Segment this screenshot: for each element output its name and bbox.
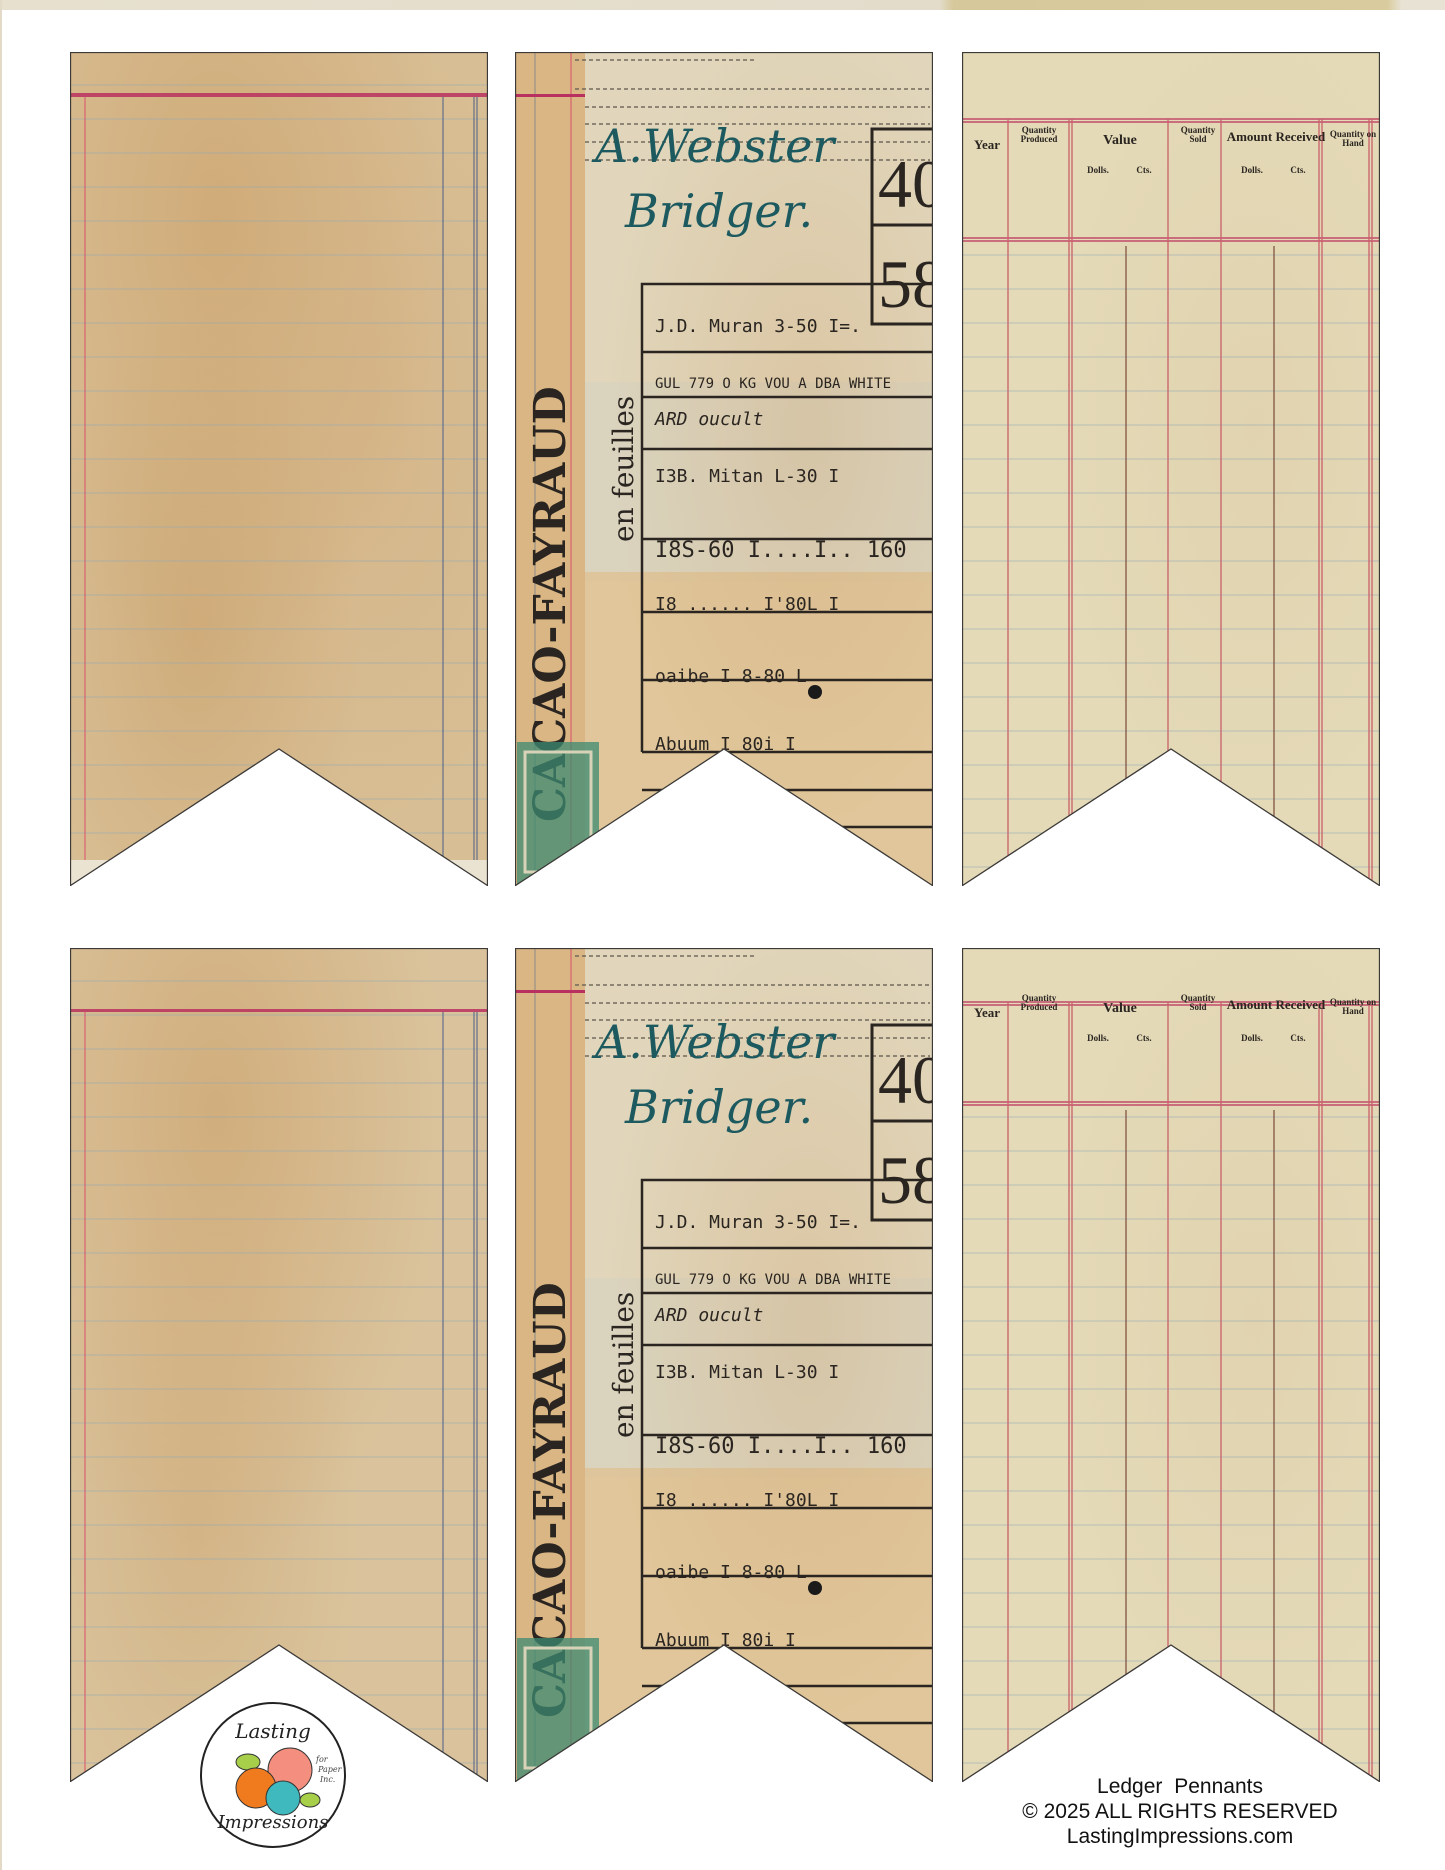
receipt-collage: 40 58 A.Webster Bridger. CACAO-FAYRAUD e… xyxy=(515,52,933,886)
page-top-border xyxy=(0,0,1445,10)
header-value-dolls: Dolls. xyxy=(1078,1034,1118,1043)
header-amount-cts: Cts. xyxy=(1280,166,1316,175)
receipt-row: I8S-60 I....I.. 160 xyxy=(655,538,907,563)
pennant-cacao-receipt: 40 58 A.Webster Bridger. CACAO-FAYRAUD e… xyxy=(515,52,933,886)
signature-line-1: A.Webster xyxy=(591,119,837,173)
pennant-production-ledger: Year Quantity Produced Value Quantity So… xyxy=(962,948,1380,1782)
header-amount-dolls: Dolls. xyxy=(1232,1034,1272,1043)
receipt-row: Abuum I 80i I xyxy=(655,734,796,755)
pennant-production-ledger: Year Quantity Produced Value Quantity So… xyxy=(962,52,1380,886)
columnar-ledger-paper xyxy=(962,948,1380,1782)
header-value-cts: Cts. xyxy=(1126,1034,1162,1043)
receipt-collage: 40 58 A.Webster Bridger. CACAO-FAYRAUD e… xyxy=(515,948,933,1782)
en-feuilles-text: en feuilles xyxy=(607,396,640,542)
receipt-row: J.D. Muran 3-50 I=. xyxy=(655,1212,861,1233)
receipt-row: J.D. Muran 3-50 I=. xyxy=(655,316,861,337)
header-value: Value xyxy=(1068,134,1172,149)
signature-line-2: Bridger. xyxy=(624,184,813,238)
receipt-row: GUL 779 O KG VOU A DBA WHITE xyxy=(655,376,891,392)
box-number-top: 40 xyxy=(878,146,933,222)
header-quantity-on-hand: Quantity on Hand xyxy=(1328,998,1378,1017)
header-quantity-produced: Quantity Produced xyxy=(1010,126,1068,145)
document-footer: Ledger Pennants © 2025 ALL RIGHTS RESERV… xyxy=(990,1774,1370,1849)
ledger-header: Year Quantity Produced Value Quantity So… xyxy=(962,100,1380,200)
svg-text:Impressions: Impressions xyxy=(217,1812,329,1833)
receipt-row: I3B. Mitan L-30 I xyxy=(655,466,839,487)
receipt-row: I8S-60 I....I.. 160 xyxy=(655,1434,907,1459)
header-value-cts: Cts. xyxy=(1126,166,1162,175)
svg-text:Inc.: Inc. xyxy=(319,1775,335,1784)
signature-line-1: A.Webster xyxy=(591,1015,837,1069)
en-feuilles-text: en feuilles xyxy=(607,1292,640,1438)
receipt-row: Abuum I 80i I xyxy=(655,1630,796,1651)
header-value: Value xyxy=(1068,1002,1172,1017)
receipt-row: oaibe I 8-80 L xyxy=(655,1562,807,1583)
header-year: Year xyxy=(964,138,1010,152)
plain-ledger-paper xyxy=(70,948,488,1782)
header-amount-dolls: Dolls. xyxy=(1232,166,1272,175)
header-amount-cts: Cts. xyxy=(1280,1034,1316,1043)
pennant-plain-ledger xyxy=(70,948,488,1782)
receipt-row: ARD oucult xyxy=(654,409,763,430)
header-amount-received: Amount Received xyxy=(1224,130,1328,144)
svg-text:for: for xyxy=(315,1755,329,1764)
plain-ledger-paper xyxy=(70,52,488,886)
lasting-impressions-logo: Lasting Impressions for Paper Inc. xyxy=(198,1700,348,1850)
pennant-plain-ledger xyxy=(70,52,488,886)
header-quantity-produced: Quantity Produced xyxy=(1010,994,1068,1013)
receipt-row: GUL 779 O KG VOU A DBA WHITE xyxy=(655,1272,891,1288)
header-quantity-sold: Quantity Sold xyxy=(1172,126,1224,145)
copyright-notice: © 2025 ALL RIGHTS RESERVED xyxy=(990,1799,1370,1824)
header-quantity-sold: Quantity Sold xyxy=(1172,994,1224,1013)
pennant-cacao-receipt: 40 58 A.Webster Bridger. CACAO-FAYRAUD e… xyxy=(515,948,933,1782)
receipt-row: I3B. Mitan L-30 I xyxy=(655,1362,839,1383)
receipt-row: I8 ...... I'80L I xyxy=(655,1490,839,1511)
flower-cluster-logo-icon: Lasting Impressions for Paper Inc. xyxy=(198,1700,348,1850)
receipt-row: oaibe I 8-80 L xyxy=(655,666,807,687)
ledger-header: Year Quantity Produced Value Quantity So… xyxy=(962,968,1380,1068)
header-year: Year xyxy=(964,1006,1010,1020)
signature-line-2: Bridger. xyxy=(624,1080,813,1134)
header-quantity-on-hand: Quantity on Hand xyxy=(1328,130,1378,149)
page-left-border xyxy=(0,0,2,1870)
website-text: LastingImpressions.com xyxy=(990,1824,1370,1849)
receipt-row: I8 ...... I'80L I xyxy=(655,594,839,615)
svg-text:Paper: Paper xyxy=(317,1765,343,1774)
receipt-row: ARD oucult xyxy=(654,1305,763,1326)
document-title: Ledger Pennants xyxy=(990,1774,1370,1799)
svg-text:Lasting: Lasting xyxy=(234,1719,311,1743)
header-amount-received: Amount Received xyxy=(1224,998,1328,1012)
header-value-dolls: Dolls. xyxy=(1078,166,1118,175)
box-number-top: 40 xyxy=(878,1042,933,1118)
